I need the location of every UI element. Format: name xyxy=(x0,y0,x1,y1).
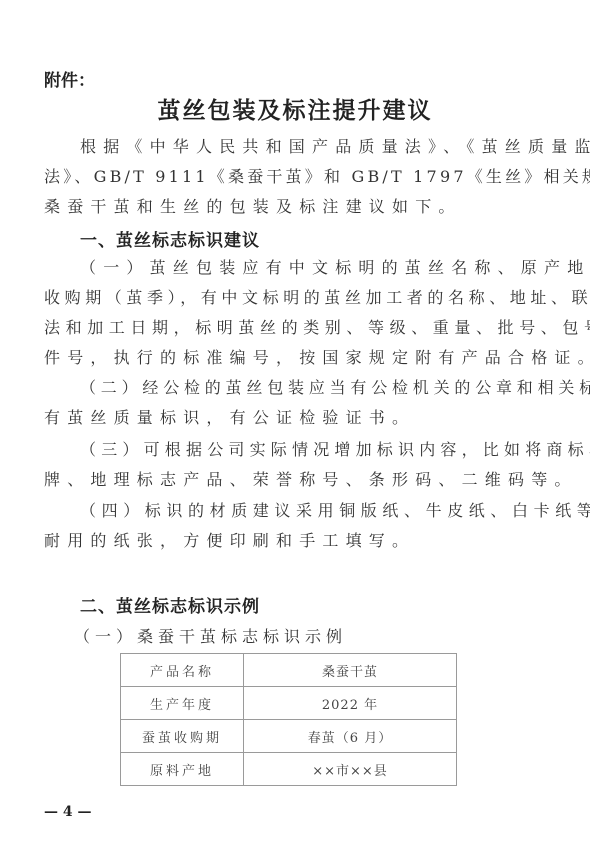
item-3-line-1: （三）可根据公司实际情况增加标识内容，比如将商标、品 xyxy=(80,440,590,460)
item-1-line-1: （一）茧丝包装应有中文标明的茧丝名称、原产地域、蚕茧 xyxy=(80,258,590,278)
item-2-line-2: 有茧丝质量标识，有公证检验证书。 xyxy=(44,408,415,428)
intro-line-2: 法》、GB/T 9111《桑蚕干茧》和 GB/T 1797《生丝》相关规定， xyxy=(44,167,590,187)
item-3-line-2: 牌、地理标志产品、荣誉称号、条形码、二维码等。 xyxy=(44,470,578,490)
page-title: 茧丝包装及标注提升建议 xyxy=(0,92,590,125)
table-row: 蚕茧收购期 春茧（6 月） xyxy=(121,720,457,753)
table-value: 桑蚕干茧 xyxy=(244,654,457,687)
table-row: 生产年度 2022 年 xyxy=(121,687,457,720)
item-1-line-3: 法和加工日期，标明茧丝的类别、等级、重量、批号、包号或者 xyxy=(44,318,590,338)
item-1-line-4: 件号，执行的标准编号，按国家规定附有产品合格证。 xyxy=(44,348,590,368)
section-2-subheading: （一）桑蚕干茧标志标识示例 xyxy=(74,624,347,647)
section-2-heading: 二、茧丝标志标识示例 xyxy=(80,592,260,617)
table-value: 2022 年 xyxy=(244,687,457,720)
table-row: 产品名称 桑蚕干茧 xyxy=(121,654,457,687)
item-4-line-1: （四）标识的材质建议采用铜版纸、牛皮纸、白卡纸等结实 xyxy=(80,501,590,521)
item-2-line-1: （二）经公检的茧丝包装应当有公检机关的公章和相关标识， xyxy=(80,378,590,398)
page-number: — 4 — xyxy=(44,804,92,820)
table-value: ××市××县 xyxy=(244,753,457,786)
attachment-label: 附件： xyxy=(44,66,95,91)
table-key: 产品名称 xyxy=(121,654,244,687)
section-1-heading: 一、茧丝标志标识建议 xyxy=(80,226,260,251)
table-row: 原料产地 ××市××县 xyxy=(121,753,457,786)
table-value: 春茧（6 月） xyxy=(244,720,457,753)
cocoon-label-example-table: 产品名称 桑蚕干茧 生产年度 2022 年 蚕茧收购期 春茧（6 月） 原料产地… xyxy=(120,653,457,786)
item-4-line-2: 耐用的纸张，方便印刷和手工填写。 xyxy=(44,531,415,551)
table-key: 原料产地 xyxy=(121,753,244,786)
table-key: 生产年度 xyxy=(121,687,244,720)
table-key: 蚕茧收购期 xyxy=(121,720,244,753)
intro-line-3: 桑蚕干茧和生丝的包装及标注建议如下。 xyxy=(44,197,462,217)
item-1-line-2: 收购期（茧季），有中文标明的茧丝加工者的名称、地址、联系方 xyxy=(44,288,590,308)
intro-line-1: 根据《中华人民共和国产品质量法》、《茧丝质量监督管理办 xyxy=(80,137,590,157)
